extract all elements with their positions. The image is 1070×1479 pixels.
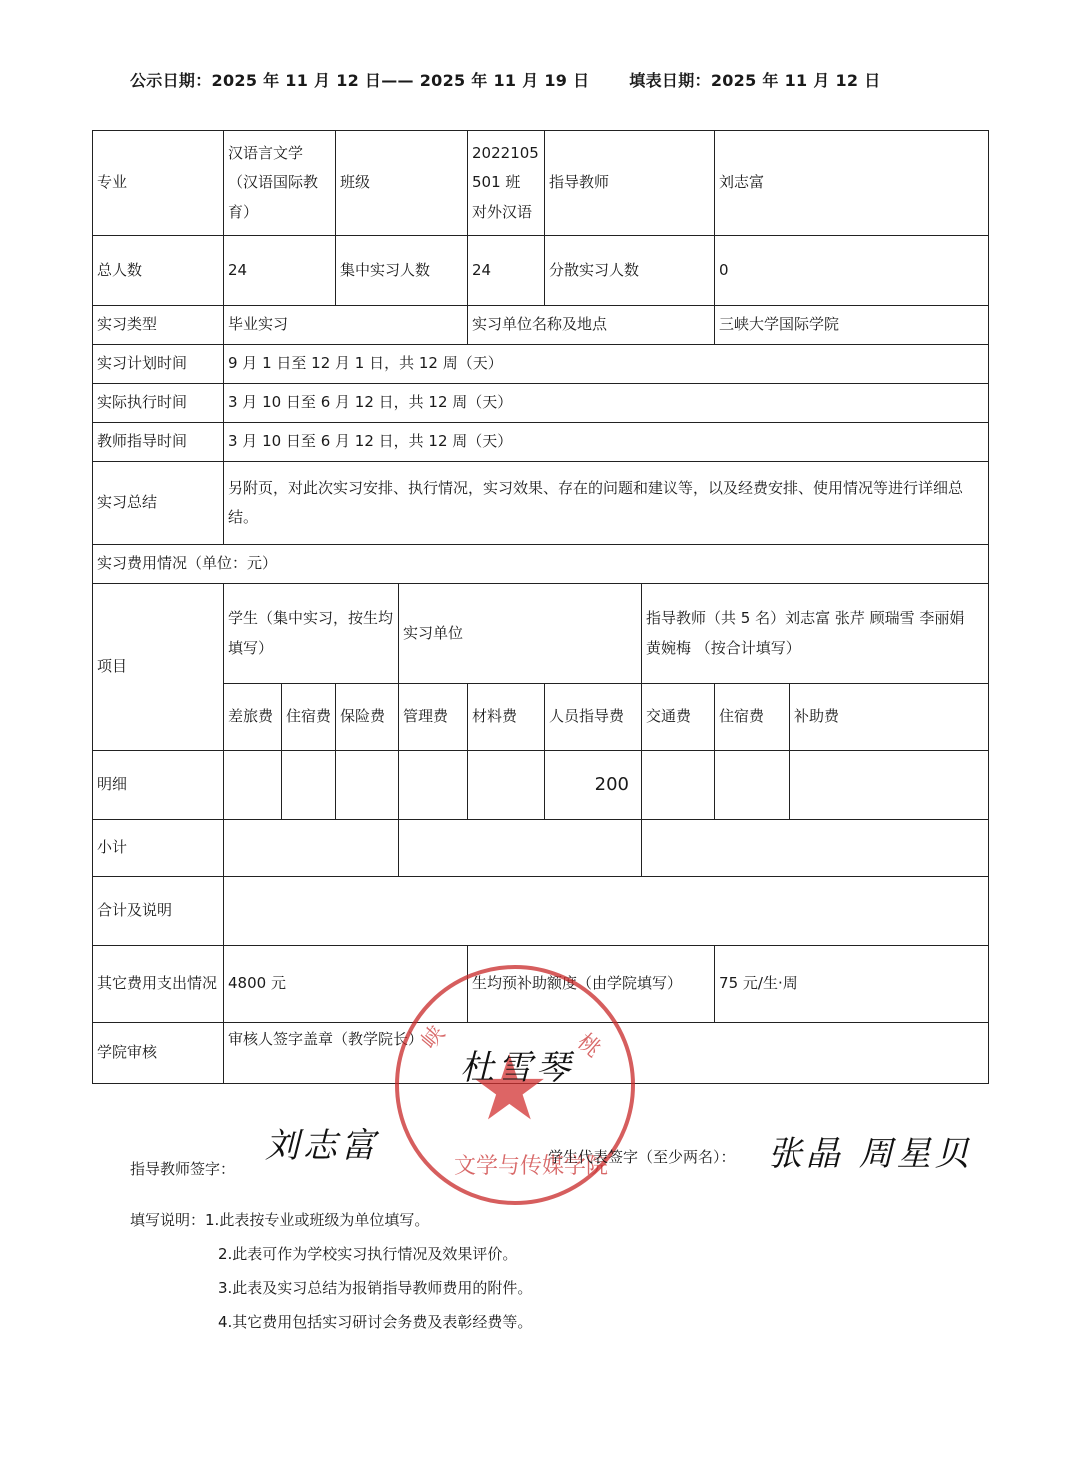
unit-group-header: 实习单位 bbox=[399, 584, 642, 684]
note-item: 1.此表按专业或班级为单位填写。 bbox=[205, 1211, 429, 1229]
seal-text: 桃 bbox=[572, 1026, 609, 1064]
fill-date: 2025 年 11 月 12 日 bbox=[711, 68, 881, 91]
advisor-label: 指导教师 bbox=[545, 131, 715, 236]
note-item: 2.此表可作为学校实习执行情况及效果评价。 bbox=[218, 1237, 532, 1271]
plan-value: 9 月 1 日至 12 月 1 日，共 12 周（天） bbox=[224, 345, 989, 384]
detail-cell-guidance-fee: 200 bbox=[545, 751, 642, 820]
student-sign-label: 学生代表签字（至少两名）： bbox=[548, 1146, 736, 1167]
scattered-value: 0 bbox=[715, 236, 989, 306]
guide-label: 教师指导时间 bbox=[93, 423, 224, 462]
column-header: 交通费 bbox=[642, 684, 715, 751]
detail-label: 明细 bbox=[93, 751, 224, 820]
subtotal-unit bbox=[399, 820, 642, 877]
unit-value: 三峡大学国际学院 bbox=[715, 306, 989, 345]
column-header: 人员指导费 bbox=[545, 684, 642, 751]
plan-label: 实习计划时间 bbox=[93, 345, 224, 384]
student-group-header: 学生（集中实习，按生均填写） bbox=[224, 584, 399, 684]
column-header: 保险费 bbox=[336, 684, 399, 751]
column-header: 差旅费 bbox=[224, 684, 282, 751]
review-label: 学院审核 bbox=[93, 1023, 224, 1084]
item-label: 项目 bbox=[93, 584, 224, 751]
filling-instructions: 填写说明：1.此表按专业或班级为单位填写。 2.此表可作为学校实习执行情况及效果… bbox=[130, 1203, 532, 1339]
actual-value: 3 月 10 日至 6 月 12 日，共 12 周（天） bbox=[224, 384, 989, 423]
class-label: 班级 bbox=[336, 131, 468, 236]
fill-date-label: 填表日期： bbox=[629, 68, 711, 91]
summary-label: 实习总结 bbox=[93, 462, 224, 545]
type-value: 毕业实习 bbox=[224, 306, 468, 345]
publicity-range: 2025 年 11 月 12 日—— 2025 年 11 月 19 日 bbox=[212, 68, 590, 91]
unit-label: 实习单位名称及地点 bbox=[468, 306, 715, 345]
column-header: 材料费 bbox=[468, 684, 545, 751]
column-header: 住宿费 bbox=[282, 684, 336, 751]
column-header: 补助费 bbox=[790, 684, 989, 751]
date-header: 公示日期：2025 年 11 月 12 日—— 2025 年 11 月 19 日… bbox=[130, 68, 881, 91]
detail-cell bbox=[468, 751, 545, 820]
central-label: 集中实习人数 bbox=[336, 236, 468, 306]
subtotal-label: 小计 bbox=[93, 820, 224, 877]
total-value: 24 bbox=[224, 236, 336, 306]
type-label: 实习类型 bbox=[93, 306, 224, 345]
note-item: 4.其它费用包括实习研讨会务费及表彰经费等。 bbox=[218, 1305, 532, 1339]
total-label: 合计及说明 bbox=[93, 877, 224, 946]
actual-label: 实际执行时间 bbox=[93, 384, 224, 423]
detail-cell bbox=[790, 751, 989, 820]
advisor-sign-label: 指导教师签字： bbox=[130, 1158, 235, 1179]
detail-cell bbox=[399, 751, 468, 820]
subsidy-value: 75 元/生·周 bbox=[715, 946, 989, 1023]
note-item: 3.此表及实习总结为报销指导教师费用的附件。 bbox=[218, 1271, 532, 1305]
seal-text: 峡 bbox=[413, 1018, 451, 1055]
internship-form-table: 专业 汉语言文学（汉语国际教育） 班级 2022105501 班 对外汉语 指导… bbox=[92, 130, 989, 1084]
advisor-value: 刘志富 bbox=[715, 131, 989, 236]
total-label: 总人数 bbox=[93, 236, 224, 306]
other-label: 其它费用支出情况 bbox=[93, 946, 224, 1023]
subtotal-teacher bbox=[642, 820, 989, 877]
notes-label: 填写说明： bbox=[130, 1211, 205, 1229]
student-signatures: 张晶 周星贝 bbox=[768, 1126, 973, 1175]
cost-section-title: 实习费用情况（单位：元） bbox=[93, 545, 989, 584]
class-value: 2022105501 班 对外汉语 bbox=[468, 131, 545, 236]
subtotal-student bbox=[224, 820, 399, 877]
dean-signature: 杜雪琴 bbox=[460, 1040, 574, 1089]
advisor-signature: 刘志富 bbox=[265, 1118, 379, 1167]
teacher-group-header: 指导教师（共 5 名）刘志富 张芹 顾瑞雪 李丽娟 黄婉梅 （按合计填写） bbox=[642, 584, 989, 684]
detail-cell bbox=[282, 751, 336, 820]
guide-value: 3 月 10 日至 6 月 12 日，共 12 周（天） bbox=[224, 423, 989, 462]
column-header: 住宿费 bbox=[715, 684, 790, 751]
major-label: 专业 bbox=[93, 131, 224, 236]
scattered-label: 分散实习人数 bbox=[545, 236, 715, 306]
column-header: 管理费 bbox=[399, 684, 468, 751]
detail-cell bbox=[224, 751, 282, 820]
detail-cell bbox=[336, 751, 399, 820]
detail-cell bbox=[642, 751, 715, 820]
central-value: 24 bbox=[468, 236, 545, 306]
publicity-label: 公示日期： bbox=[130, 68, 212, 91]
detail-cell bbox=[715, 751, 790, 820]
major-value: 汉语言文学（汉语国际教育） bbox=[224, 131, 336, 236]
summary-value: 另附页，对此次实习安排、执行情况，实习效果、存在的问题和建议等，以及经费安排、使… bbox=[224, 462, 989, 545]
total-value bbox=[224, 877, 989, 946]
